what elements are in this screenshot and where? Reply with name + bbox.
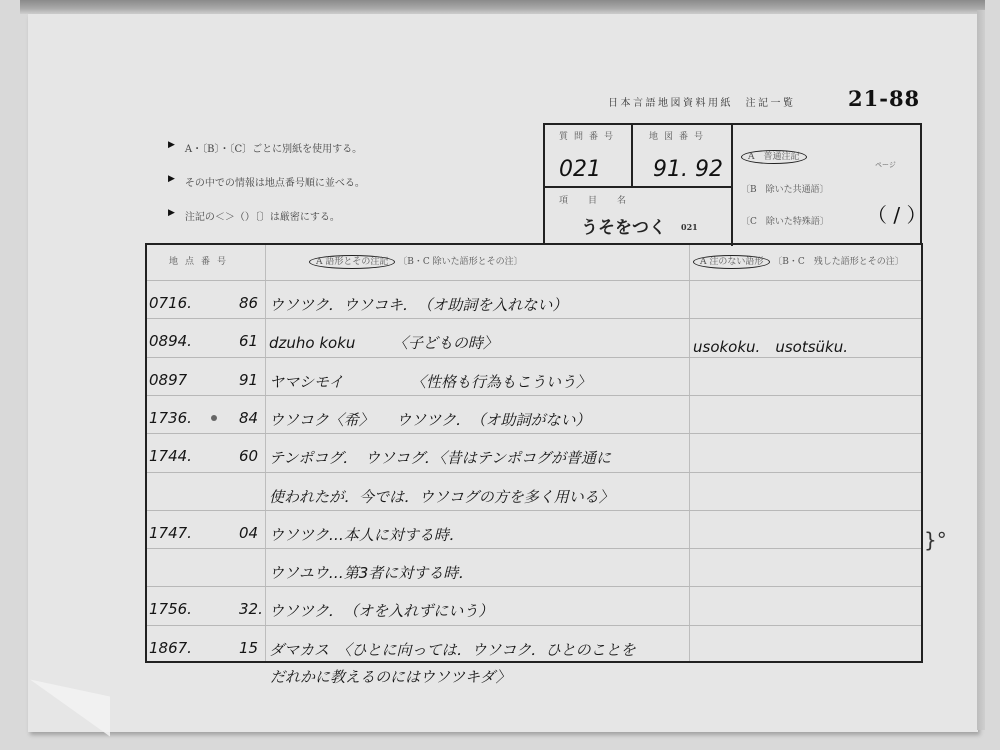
row-line (147, 510, 921, 511)
location-subcode: 86 (239, 294, 258, 312)
item-name-code: 021 (681, 222, 698, 232)
option-a: A 普通注記 (741, 149, 807, 162)
table-row: テンポコグ． ウソコグ．〈昔はテンポコグが普通に (269, 447, 611, 468)
row-line (147, 318, 921, 319)
form-title: 日本言語地図資料用紙 注記一覧 (608, 94, 796, 109)
instruction-text: 注記の＜＞（）〔〕は厳密にする。 (185, 208, 340, 223)
row-line (147, 548, 921, 549)
info-box: 質問番号 021 地図番号 91. 92 項目名 うそをつく 021 A 普通注… (543, 123, 922, 244)
mark-dot-icon (211, 415, 217, 421)
location-code: 1867. (149, 639, 192, 657)
location-code: 1744. (149, 447, 192, 465)
row-line (147, 586, 921, 587)
table-row: ダマカス 〈ひとに向っては．ウソコク．ひとのことを (269, 639, 636, 660)
row-line (147, 625, 921, 626)
row-line (147, 433, 921, 434)
table-row: ウソツク．ウソコキ． （オ助詞を入れない） (269, 294, 567, 315)
table-row: dzuho koku 〈子どもの時〉 (269, 332, 498, 353)
margin-bracket-mark: }° (924, 528, 947, 552)
row-line (147, 280, 921, 281)
location-subcode: 60 (239, 447, 258, 465)
option-c: 〔C 除いた特殊語〕 (741, 214, 829, 227)
location-subcode: 84 (239, 409, 258, 427)
triangle-bullet-icon: ▶ (168, 140, 175, 150)
instruction-text: その中での情報は地点番号順に並べる。 (185, 174, 365, 189)
map-number-label: 地図番号 (649, 129, 709, 142)
instruction-text: A・〔B〕・〔C〕ごとに別紙を使用する。 (185, 140, 362, 155)
page-value: （ / ） (867, 199, 920, 228)
triangle-bullet-icon: ▶ (168, 174, 175, 184)
scanner-shadow-top (20, 0, 985, 14)
question-number-value: 021 (559, 157, 601, 182)
table-row: ウソツク． （オを入れずにいう） (269, 600, 493, 621)
table-header: 地点番号 A 語形とその注記 〔B・C 除いた語形とその注〕 A 注のない語形 … (147, 245, 921, 280)
column-divider (265, 245, 266, 661)
question-number-label: 質問番号 (559, 129, 619, 142)
instruction-item: ▶ A・〔B〕・〔C〕ごとに別紙を使用する。 (168, 140, 365, 174)
location-code: 1756. (149, 600, 192, 618)
table-row: 使われたが．今では．ウソコグの方を多く用いる〉 (269, 486, 614, 507)
header-col-b: A 注のない語形 〔B・C 残した語形とその注〕 (693, 254, 904, 267)
location-code: 0897 (149, 371, 187, 389)
table-row: ウソコク〈希〉 ウソツク． （オ助詞がない） (269, 409, 590, 430)
triangle-bullet-icon: ▶ (168, 208, 175, 218)
location-code: 1747. (149, 524, 192, 542)
instruction-item: ▶ その中での情報は地点番号順に並べる。 (168, 174, 365, 208)
location-subcode: 32. (239, 600, 263, 618)
location-subcode: 91 (239, 371, 258, 389)
location-subcode: 15 (239, 639, 258, 657)
column-divider (689, 245, 690, 661)
row-line (147, 395, 921, 396)
map-number-value: 91. 92 (653, 157, 723, 182)
instructions: ▶ A・〔B〕・〔C〕ごとに別紙を使用する。 ▶ その中での情報は地点番号順に並… (168, 140, 365, 242)
location-code: 0716. (149, 294, 192, 312)
header-col-a: A 語形とその注記 〔B・C 除いた語形とその注〕 (309, 254, 523, 267)
row-line (147, 472, 921, 473)
form-number: 21-88 (848, 86, 920, 111)
table-row: ヤマシモイ 〈性格も行為もこういう〉 (269, 371, 591, 392)
sheet-edge (977, 10, 985, 730)
item-name-value: うそをつく (581, 213, 666, 238)
instruction-item: ▶ 注記の＜＞（）〔〕は厳密にする。 (168, 208, 365, 242)
location-subcode: 61 (239, 332, 258, 350)
location-code: 1736. (149, 409, 192, 427)
page-label: ページ (875, 160, 896, 170)
location-subcode: 04 (239, 524, 258, 542)
table-row: ウソツク…本人に対する時． (269, 524, 464, 545)
overflow-text: だれかに教えるのにはウソツキダ〉 (270, 666, 511, 687)
location-code: 0894. (149, 332, 192, 350)
annotation-table: 地点番号 A 語形とその注記 〔B・C 除いた語形とその注〕 A 注のない語形 … (145, 243, 923, 663)
option-b: 〔B 除いた共通語〕 (741, 182, 829, 195)
item-name-label: 項目名 (559, 193, 646, 206)
header-location: 地点番号 (169, 254, 233, 267)
unannotated-form-entry: usokoku. usotsüku. (693, 336, 848, 357)
table-row: ウソユウ…第3者に対する時． (269, 562, 473, 583)
